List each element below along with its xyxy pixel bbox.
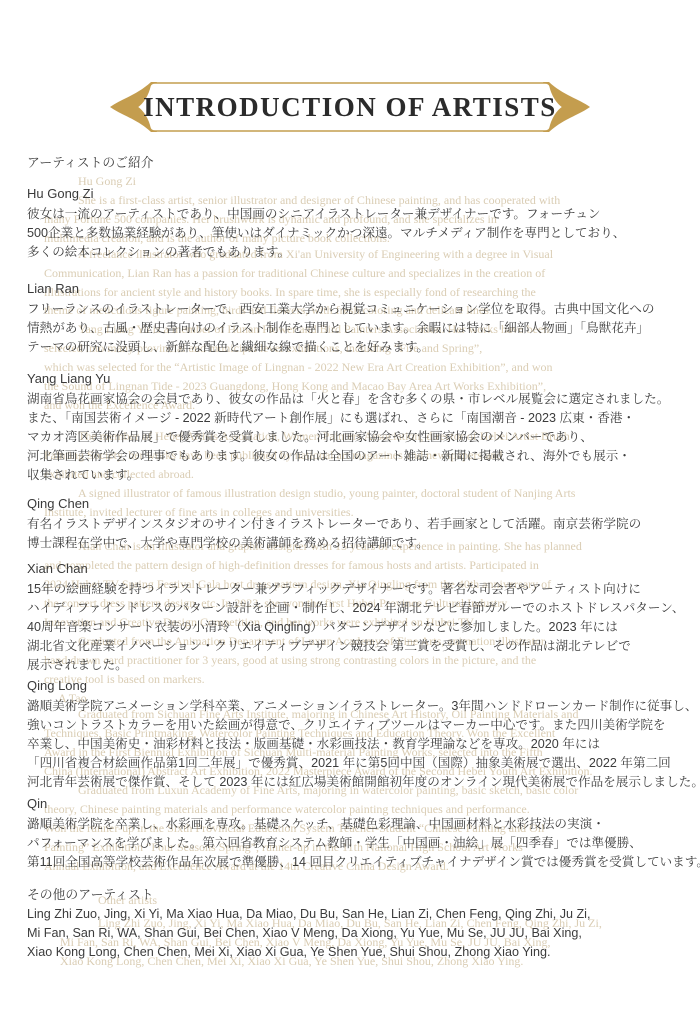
bio-line: 第11回全国高等学校芸術作品年次展で準優勝、14 回目クリエイティブチャイナデザ…: [27, 853, 700, 872]
other-artists-line: Ling Zhi Zuo, Jing, Xi Yi, Ma Xiao Hua, …: [27, 905, 590, 924]
bio-line: ハイディファインドレスのパターン設計を企画・制作し、2024 年湖北テレビ春節ガ…: [27, 599, 684, 618]
bio-line: テーマの研究に没頭し、新鮮な配色と繊細な線で描くことを好みます。: [27, 338, 654, 357]
bio-line: 潞順美術学院を卒業し、水彩画を専攻。基礎スケッチ、基礎色彩理論、中国画材料と水彩…: [27, 815, 700, 834]
artist-bio: 湖南省鳥花画家協会の会員であり、彼女の作品は「火と春」を含む多くの県・市レベル展…: [27, 390, 669, 485]
bio-line: 彼女は一流のアーティストであり、中国画のシニアイラストレーター兼デザイナーです。…: [27, 205, 625, 224]
artist-name: Xian Chan: [27, 561, 88, 576]
others-heading: その他のアーティスト: [27, 884, 154, 903]
other-artists-list: Ling Zhi Zuo, Jing, Xi Yi, Ma Xiao Hua, …: [27, 905, 590, 962]
artist-name: Qin: [27, 796, 47, 811]
bio-line: 湖北省文化産業イノベーション・クリエイティブデザイン競技会 第三賞を受賞し、その…: [27, 637, 684, 656]
artist-bio: 潞順美術学院を卒業し、水彩画を専攻。基礎スケッチ、基礎色彩理論、中国画材料と水彩…: [27, 815, 700, 872]
bio-line: 500企業と多数協業経験があり、筆使いはダイナミックかつ深遠。マルチメディア制作…: [27, 224, 625, 243]
artist-name: Qing Long: [27, 678, 87, 693]
artist-bio: 15年の絵画経験を持つイラストレーター兼グラフィックデザイナーです。著名な司会者…: [27, 580, 684, 675]
artist-bio: 彼女は一流のアーティストであり、中国画のシニアイラストレーター兼デザイナーです。…: [27, 205, 625, 262]
bio-line: 「四川省複合材絵画作品第1回二年展」で優秀賞、2021 年に第5回中国（国際）抽…: [27, 754, 700, 773]
artist-name: Qing Chen: [27, 496, 89, 511]
bio-line: また、「南国芸術イメージ - 2022 新時代アート創作展」にも選ばれ、さらに「…: [27, 409, 669, 428]
bio-line: マカオ湾区美術作品展」で優秀賞を受賞しました。河北画家協会や女性画家協会のメンバ…: [27, 428, 669, 447]
bio-line: 情熱があり、古風・歴史書向けのイラスト制作を専門としています。余暇には特に「細部…: [27, 319, 654, 338]
bio-line: 多くの絵本コレクションの著者でもあります。: [27, 243, 625, 262]
artist-bio: フリーランスのイラストレーターで、西安工業大学から視覚コミュニケーション学位を取…: [27, 300, 654, 357]
bio-line: 収集されています。: [27, 466, 669, 485]
document-page: INTRODUCTION OF ARTISTS Hu Gong ZiShe is…: [0, 0, 700, 1024]
bio-line: 展示されました。: [27, 656, 684, 675]
artist-name: Hu Gong Zi: [27, 186, 93, 201]
bio-line: 湖南省鳥花画家協会の会員であり、彼女の作品は「火と春」を含む多くの県・市レベル展…: [27, 390, 669, 409]
bio-line: 河北筆画芸術学会の理事でもあります。彼女の作品は全国のアート雑誌・新聞に掲載され…: [27, 447, 669, 466]
bio-line: 博士課程在学中で、大学や専門学校の美術講師を務める招待講師です。: [27, 534, 641, 553]
other-artists-line: Xiao Kong Long, Chen Chen, Mei Xi, Xiao …: [27, 943, 590, 962]
banner-title: INTRODUCTION OF ARTISTS: [143, 92, 557, 122]
watermark-line: Communication, Lian Ran has a passion fo…: [44, 264, 545, 283]
title-banner: INTRODUCTION OF ARTISTS: [107, 78, 593, 136]
bio-line: 40周年音楽コンサート衣装の小清玲（Xia Qingling）パターンデザインな…: [27, 618, 684, 637]
other-artists-line: Mi Fan, San Ri, WA, Shan Gui, Bei Chen, …: [27, 924, 590, 943]
page-heading: アーティストのご紹介: [27, 152, 154, 171]
watermark-line: and completed the pattern design of high…: [44, 556, 539, 575]
bio-line: 15年の絵画経験を持つイラストレーター兼グラフィックデザイナーです。著名な司会者…: [27, 580, 684, 599]
watermark-line: which was selected for the “Artistic Ima…: [44, 358, 553, 377]
artist-name: Yang Liang Yu: [27, 371, 110, 386]
bio-line: フリーランスのイラストレーターで、西安工業大学から視覚コミュニケーション学位を取…: [27, 300, 654, 319]
bio-line: 強いコントラストカラーを用いた絵画が得意で、クリエイティブツールはマーカー中心で…: [27, 716, 700, 735]
bio-line: 河北青年芸術展で傑作賞、そして 2023 年には紅広場美術館開館初年度のオンライ…: [27, 773, 700, 792]
watermark-line: A signed illustrator of famous illustrat…: [78, 484, 575, 503]
bio-line: 潞順美術学院アニメーション学科卒業、アニメーションイラストレーター。3年間ハンド…: [27, 697, 700, 716]
bio-line: 卒業し、中国美術史・油彩材料と技法・版画基礎・水彩画技法・教育学理論などを専攻。…: [27, 735, 700, 754]
artist-name: Lian Ran: [27, 281, 79, 296]
artist-bio: 有名イラストデザインスタジオのサイン付きイラストレーターであり、若手画家として活…: [27, 515, 641, 553]
artist-bio: 潞順美術学院アニメーション学科卒業、アニメーションイラストレーター。3年間ハンド…: [27, 697, 700, 792]
bio-line: パフォーマンスを学びました。第六回省教育システム教師・学生「中国画・油絵」展「四…: [27, 834, 700, 853]
bio-line: 有名イラストデザインスタジオのサイン付きイラストレーターであり、若手画家として活…: [27, 515, 641, 534]
